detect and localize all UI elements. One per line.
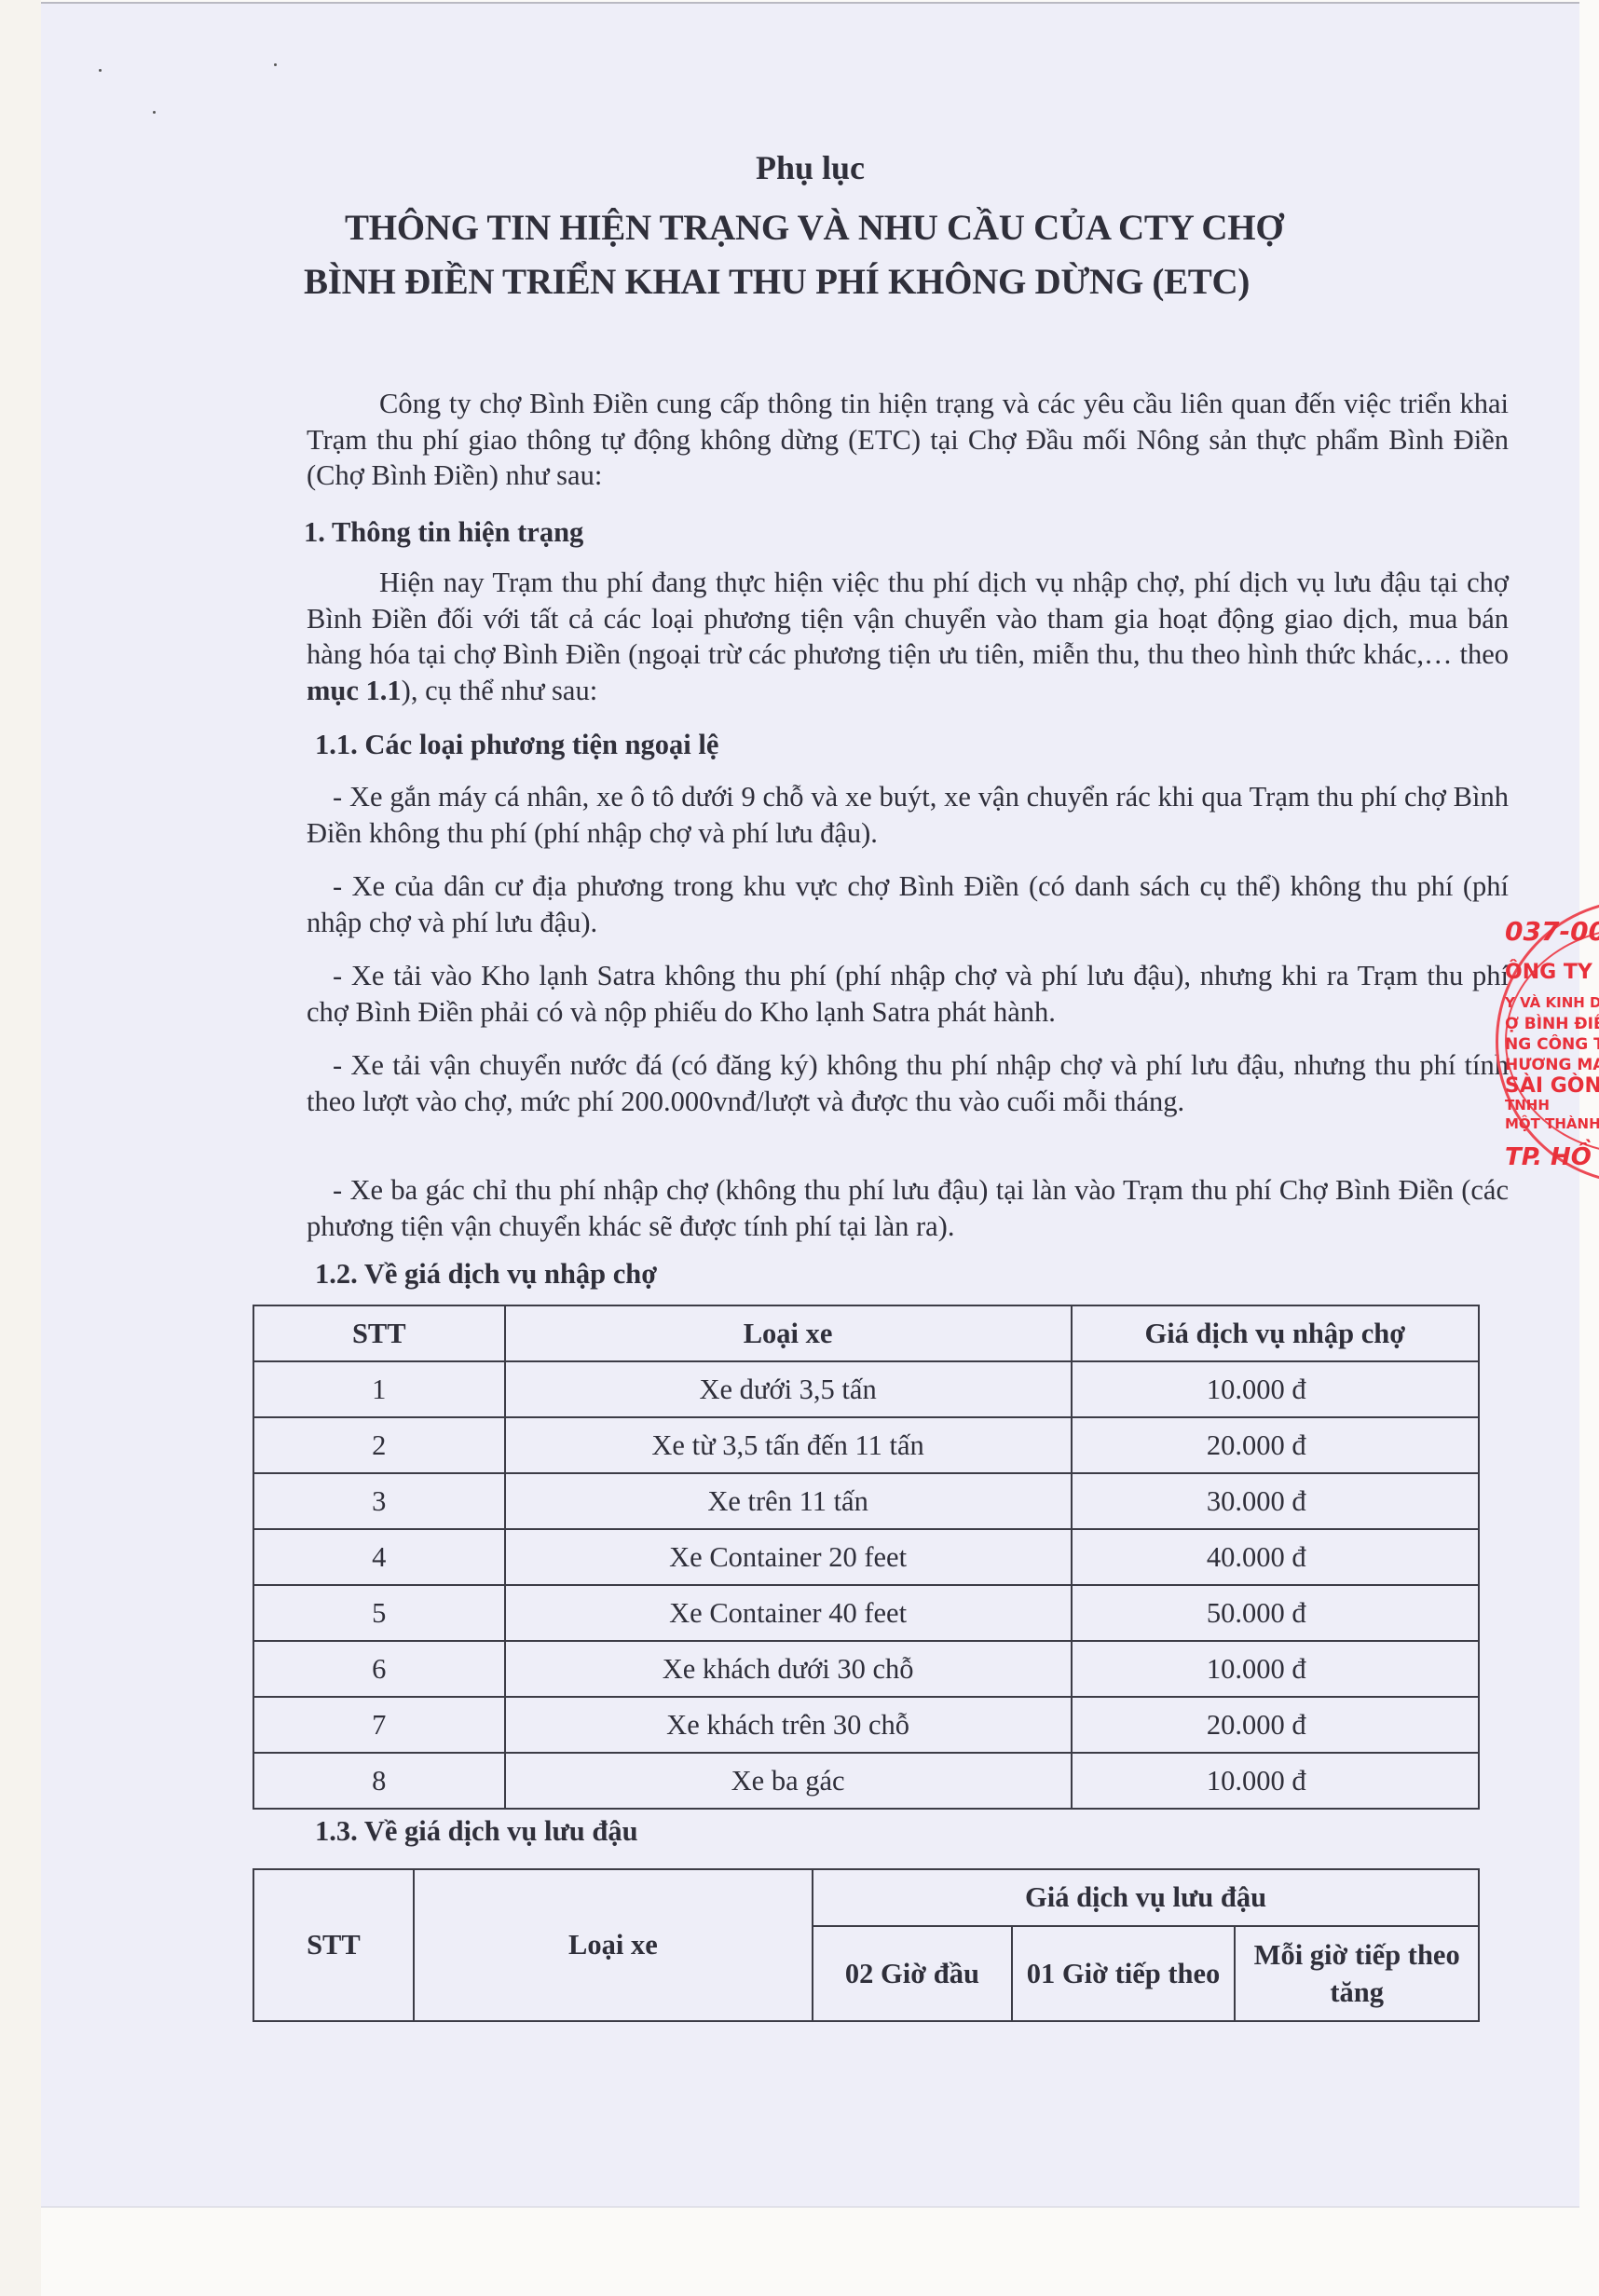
table-row: 4Xe Container 20 feet40.000 đ: [253, 1529, 1479, 1585]
stamp-text-line: HƯƠNG MA: [1505, 1056, 1599, 1074]
cell-stt: 1: [253, 1361, 505, 1417]
header-parking-fee-group: Giá dịch vụ lưu đậu: [813, 1869, 1479, 1926]
stamp-text-line: TP. HỒ: [1505, 1143, 1592, 1171]
header-vehicle-type: Loại xe: [505, 1305, 1072, 1361]
header-stt: STT: [253, 1869, 414, 2021]
cell-vehicle-type: Xe khách trên 30 chỗ: [505, 1697, 1072, 1753]
company-seal-stamp: 037-00ÔNG TYY VÀ KINH DOỢ BÌNH ĐIỀNG CÔN…: [1496, 899, 1599, 1179]
appendix-label: Phụ lục: [41, 148, 1579, 187]
cell-entry-fee: 10.000 đ: [1072, 1753, 1479, 1809]
cell-entry-fee: 20.000 đ: [1072, 1417, 1479, 1473]
cell-stt: 6: [253, 1641, 505, 1697]
title-line-1: THÔNG TIN HIỆN TRẠNG VÀ NHU CẦU CỦA CTY …: [345, 207, 1283, 249]
cell-vehicle-type: Xe từ 3,5 tấn đến 11 tấn: [505, 1417, 1072, 1473]
cell-vehicle-type: Xe Container 20 feet: [505, 1529, 1072, 1585]
section-1-heading: 1. Thông tin hiện trạng: [304, 516, 583, 549]
cell-vehicle-type: Xe khách dưới 30 chỗ: [505, 1641, 1072, 1697]
cell-stt: 4: [253, 1529, 505, 1585]
cell-entry-fee: 30.000 đ: [1072, 1473, 1479, 1529]
table-row: 1Xe dưới 3,5 tấn10.000 đ: [253, 1361, 1479, 1417]
header-stt: STT: [253, 1305, 505, 1361]
intro-paragraph: Công ty chợ Bình Điền cung cấp thông tin…: [307, 386, 1509, 494]
scan-speck: [99, 69, 102, 72]
header-each-additional-hour: Mỗi giờ tiếp theo tăng: [1235, 1926, 1479, 2021]
stamp-text-line: MỘT THÀNH VIÊ: [1505, 1115, 1599, 1132]
cell-stt: 5: [253, 1585, 505, 1641]
header-next-1-hour: 01 Giờ tiếp theo: [1012, 1926, 1236, 2021]
cell-entry-fee: 50.000 đ: [1072, 1585, 1479, 1641]
table-header-row: STT Loại xe Giá dịch vụ nhập chợ: [253, 1305, 1479, 1361]
header-vehicle-type: Loại xe: [414, 1869, 813, 2021]
header-first-2-hours: 02 Giờ đầu: [813, 1926, 1012, 2021]
section-1-1-heading: 1.1. Các loại phương tiện ngoại lệ: [315, 729, 718, 761]
stamp-text-line: TNHH: [1505, 1097, 1550, 1114]
cell-vehicle-type: Xe dưới 3,5 tấn: [505, 1361, 1072, 1417]
title-line-2: BÌNH ĐIỀN TRIỂN KHAI THU PHÍ KHÔNG DỪNG …: [304, 261, 1250, 303]
cell-vehicle-type: Xe Container 40 feet: [505, 1585, 1072, 1641]
table-row: 7Xe khách trên 30 chỗ20.000 đ: [253, 1697, 1479, 1753]
table-row: 6Xe khách dưới 30 chỗ10.000 đ: [253, 1641, 1479, 1697]
cell-stt: 2: [253, 1417, 505, 1473]
table-row: 3Xe trên 11 tấn30.000 đ: [253, 1473, 1479, 1529]
cell-entry-fee: 40.000 đ: [1072, 1529, 1479, 1585]
stamp-text-line: NG CÔNG T: [1505, 1035, 1599, 1054]
entry-fee-table: STT Loại xe Giá dịch vụ nhập chợ 1Xe dướ…: [253, 1305, 1480, 1810]
scan-speck: [274, 63, 277, 66]
stamp-text-line: ÔNG TY: [1505, 961, 1592, 984]
exception-item-2: - Xe của dân cư địa phương trong khu vực…: [307, 868, 1509, 940]
stamp-text-line: Y VÀ KINH DO: [1505, 994, 1599, 1011]
section-1-body: Hiện nay Trạm thu phí đang thực hiện việ…: [307, 565, 1509, 708]
table-row: 2Xe từ 3,5 tấn đến 11 tấn20.000 đ: [253, 1417, 1479, 1473]
cell-entry-fee: 10.000 đ: [1072, 1641, 1479, 1697]
cell-stt: 8: [253, 1753, 505, 1809]
table-row: 5Xe Container 40 feet50.000 đ: [253, 1585, 1479, 1641]
table-row: 8Xe ba gác10.000 đ: [253, 1753, 1479, 1809]
cell-entry-fee: 10.000 đ: [1072, 1361, 1479, 1417]
cell-entry-fee: 20.000 đ: [1072, 1697, 1479, 1753]
exception-item-5: - Xe ba gác chỉ thu phí nhập chợ (không …: [307, 1172, 1509, 1244]
section-1-3-heading: 1.3. Về giá dịch vụ lưu đậu: [315, 1815, 638, 1848]
parking-fee-table: STT Loại xe Giá dịch vụ lưu đậu 02 Giờ đ…: [253, 1868, 1480, 2022]
cell-stt: 7: [253, 1697, 505, 1753]
cell-stt: 3: [253, 1473, 505, 1529]
stamp-text-line: Ợ BÌNH ĐIỀ: [1505, 1015, 1599, 1033]
scan-speck: [153, 111, 156, 114]
exception-item-1: - Xe gắn máy cá nhân, xe ô tô dưới 9 chỗ…: [307, 779, 1509, 851]
header-entry-fee: Giá dịch vụ nhập chợ: [1072, 1305, 1479, 1361]
cell-vehicle-type: Xe ba gác: [505, 1753, 1072, 1809]
exception-item-3: - Xe tải vào Kho lạnh Satra không thu ph…: [307, 958, 1509, 1030]
stamp-text-line: SÀI GÒN: [1505, 1074, 1599, 1098]
scan-margin: [0, 0, 41, 2296]
stamp-text-line: 037-00: [1505, 916, 1599, 947]
section-1-2-heading: 1.2. Về giá dịch vụ nhập chợ: [315, 1258, 657, 1291]
cell-vehicle-type: Xe trên 11 tấn: [505, 1473, 1072, 1529]
exception-item-4: - Xe tải vận chuyển nước đá (có đăng ký)…: [307, 1047, 1509, 1119]
